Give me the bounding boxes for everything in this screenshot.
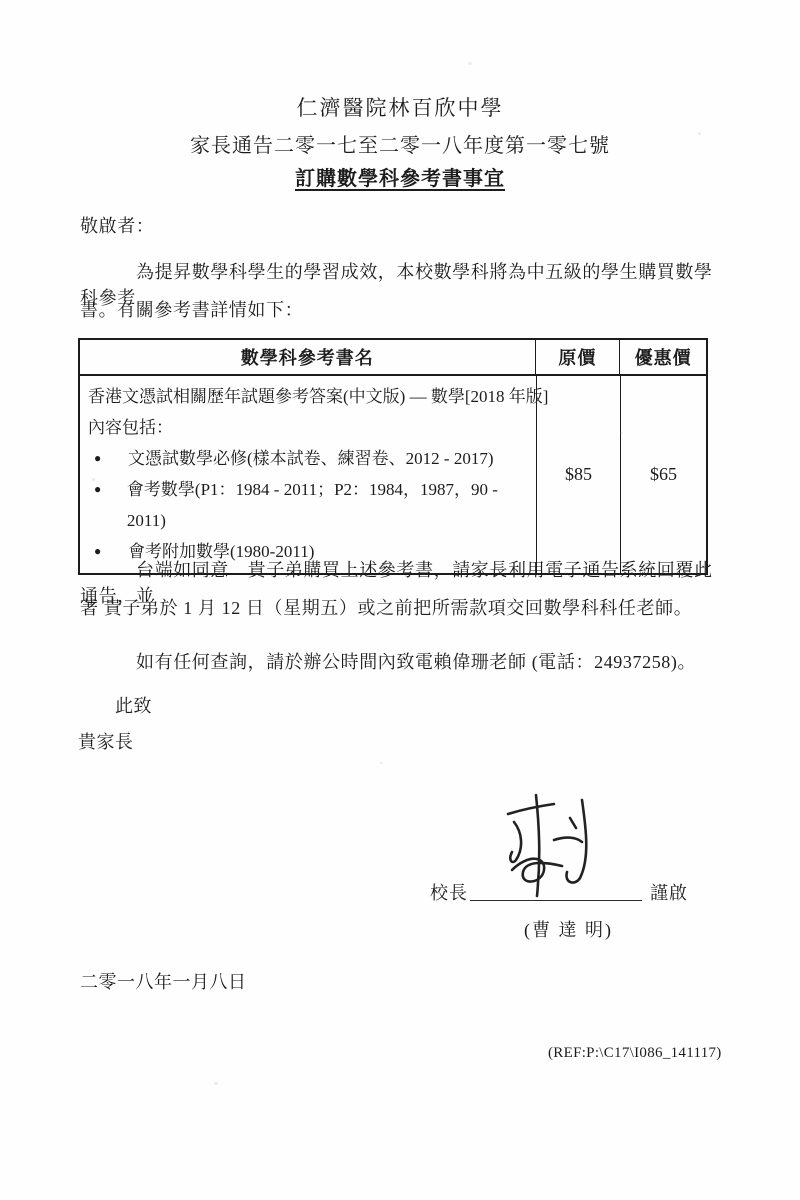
salutation: 敬啟者： <box>80 212 725 238</box>
enquiry-line: 如有任何查詢，請於辦公時間內致電賴偉珊老師 (電話：24937258)。 <box>80 648 725 674</box>
discount-price-value: $65 <box>621 376 706 573</box>
notice-subject: 訂購數學科參考書事宜 <box>0 162 800 191</box>
bullet-text: 文憑試數學必修(樣本試卷、練習卷、2012 - 2017) <box>128 443 493 474</box>
table-body-row: 香港文憑試相關歷年試題參考答案(中文版) — 數學[2018 年版] 內容包括：… <box>80 376 706 573</box>
scan-speck <box>698 132 701 135</box>
book-bullet-item: ● 文憑試數學必修(樣本試卷、練習卷、2012 - 2017) <box>88 443 528 474</box>
file-reference-code: (REF:P:\C17\I086_141117) <box>548 1045 722 1062</box>
book-bullet-item: ● 會考數學(P1：1984 - 2011；P2：1984，1987，90 - … <box>88 474 528 536</box>
closing-phrase: 此致 <box>115 692 152 718</box>
notice-subject-text: 訂購數學科參考書事宜 <box>295 168 505 190</box>
book-contents-label: 內容包括： <box>88 412 528 443</box>
reply-instruction-line-2: 著 貴子弟於 1 月 12 日（星期五）或之前把所需款項交回數學科科任老師。 <box>80 594 725 620</box>
table-header-original-price: 原價 <box>536 340 621 374</box>
reference-book-table: 數學科參考書名 原價 優惠價 香港文憑試相關歷年試題參考答案(中文版) — 數學… <box>78 338 708 575</box>
principal-signature-handwriting <box>478 792 628 910</box>
bullet-text: 會考數學(P1：1984 - 2011；P2：1984，1987，90 - 20… <box>127 474 528 536</box>
scan-speck <box>92 478 95 481</box>
signature-line <box>470 900 642 901</box>
scan-speck <box>620 432 623 434</box>
issue-date: 二零一八年一月八日 <box>80 968 247 994</box>
scan-speck <box>380 762 383 764</box>
scan-speck <box>214 1082 218 1085</box>
scan-speck <box>468 62 472 65</box>
intro-line-2: 書。有關參考書詳情如下： <box>80 296 725 322</box>
book-description-cell: 香港文憑試相關歷年試題參考答案(中文版) — 數學[2018 年版] 內容包括：… <box>80 376 537 573</box>
school-name: 仁濟醫院林百欣中學 <box>0 92 800 122</box>
principal-name: (曹 達 明) <box>524 916 613 942</box>
signature-suffix: 謹啟 <box>650 879 688 905</box>
table-header-book-name: 數學科參考書名 <box>80 340 536 374</box>
principal-title-label: 校長 <box>430 879 468 905</box>
scanned-notice-page: 仁濟醫院林百欣中學 家長通告二零一七至二零一八年度第一零七號 訂購數學科參考書事… <box>0 0 800 1200</box>
addressee: 貴家長 <box>78 728 134 754</box>
bullet-icon: ● <box>88 443 128 474</box>
notice-number: 家長通告二零一七至二零一八年度第一零七號 <box>0 129 800 158</box>
table-header-discount-price: 優惠價 <box>620 340 706 374</box>
original-price-value: $85 <box>537 376 621 573</box>
book-title: 香港文憑試相關歷年試題參考答案(中文版) — 數學[2018 年版] <box>88 381 528 412</box>
table-header-row: 數學科參考書名 原價 優惠價 <box>80 340 706 376</box>
bullet-icon: ● <box>88 474 127 536</box>
